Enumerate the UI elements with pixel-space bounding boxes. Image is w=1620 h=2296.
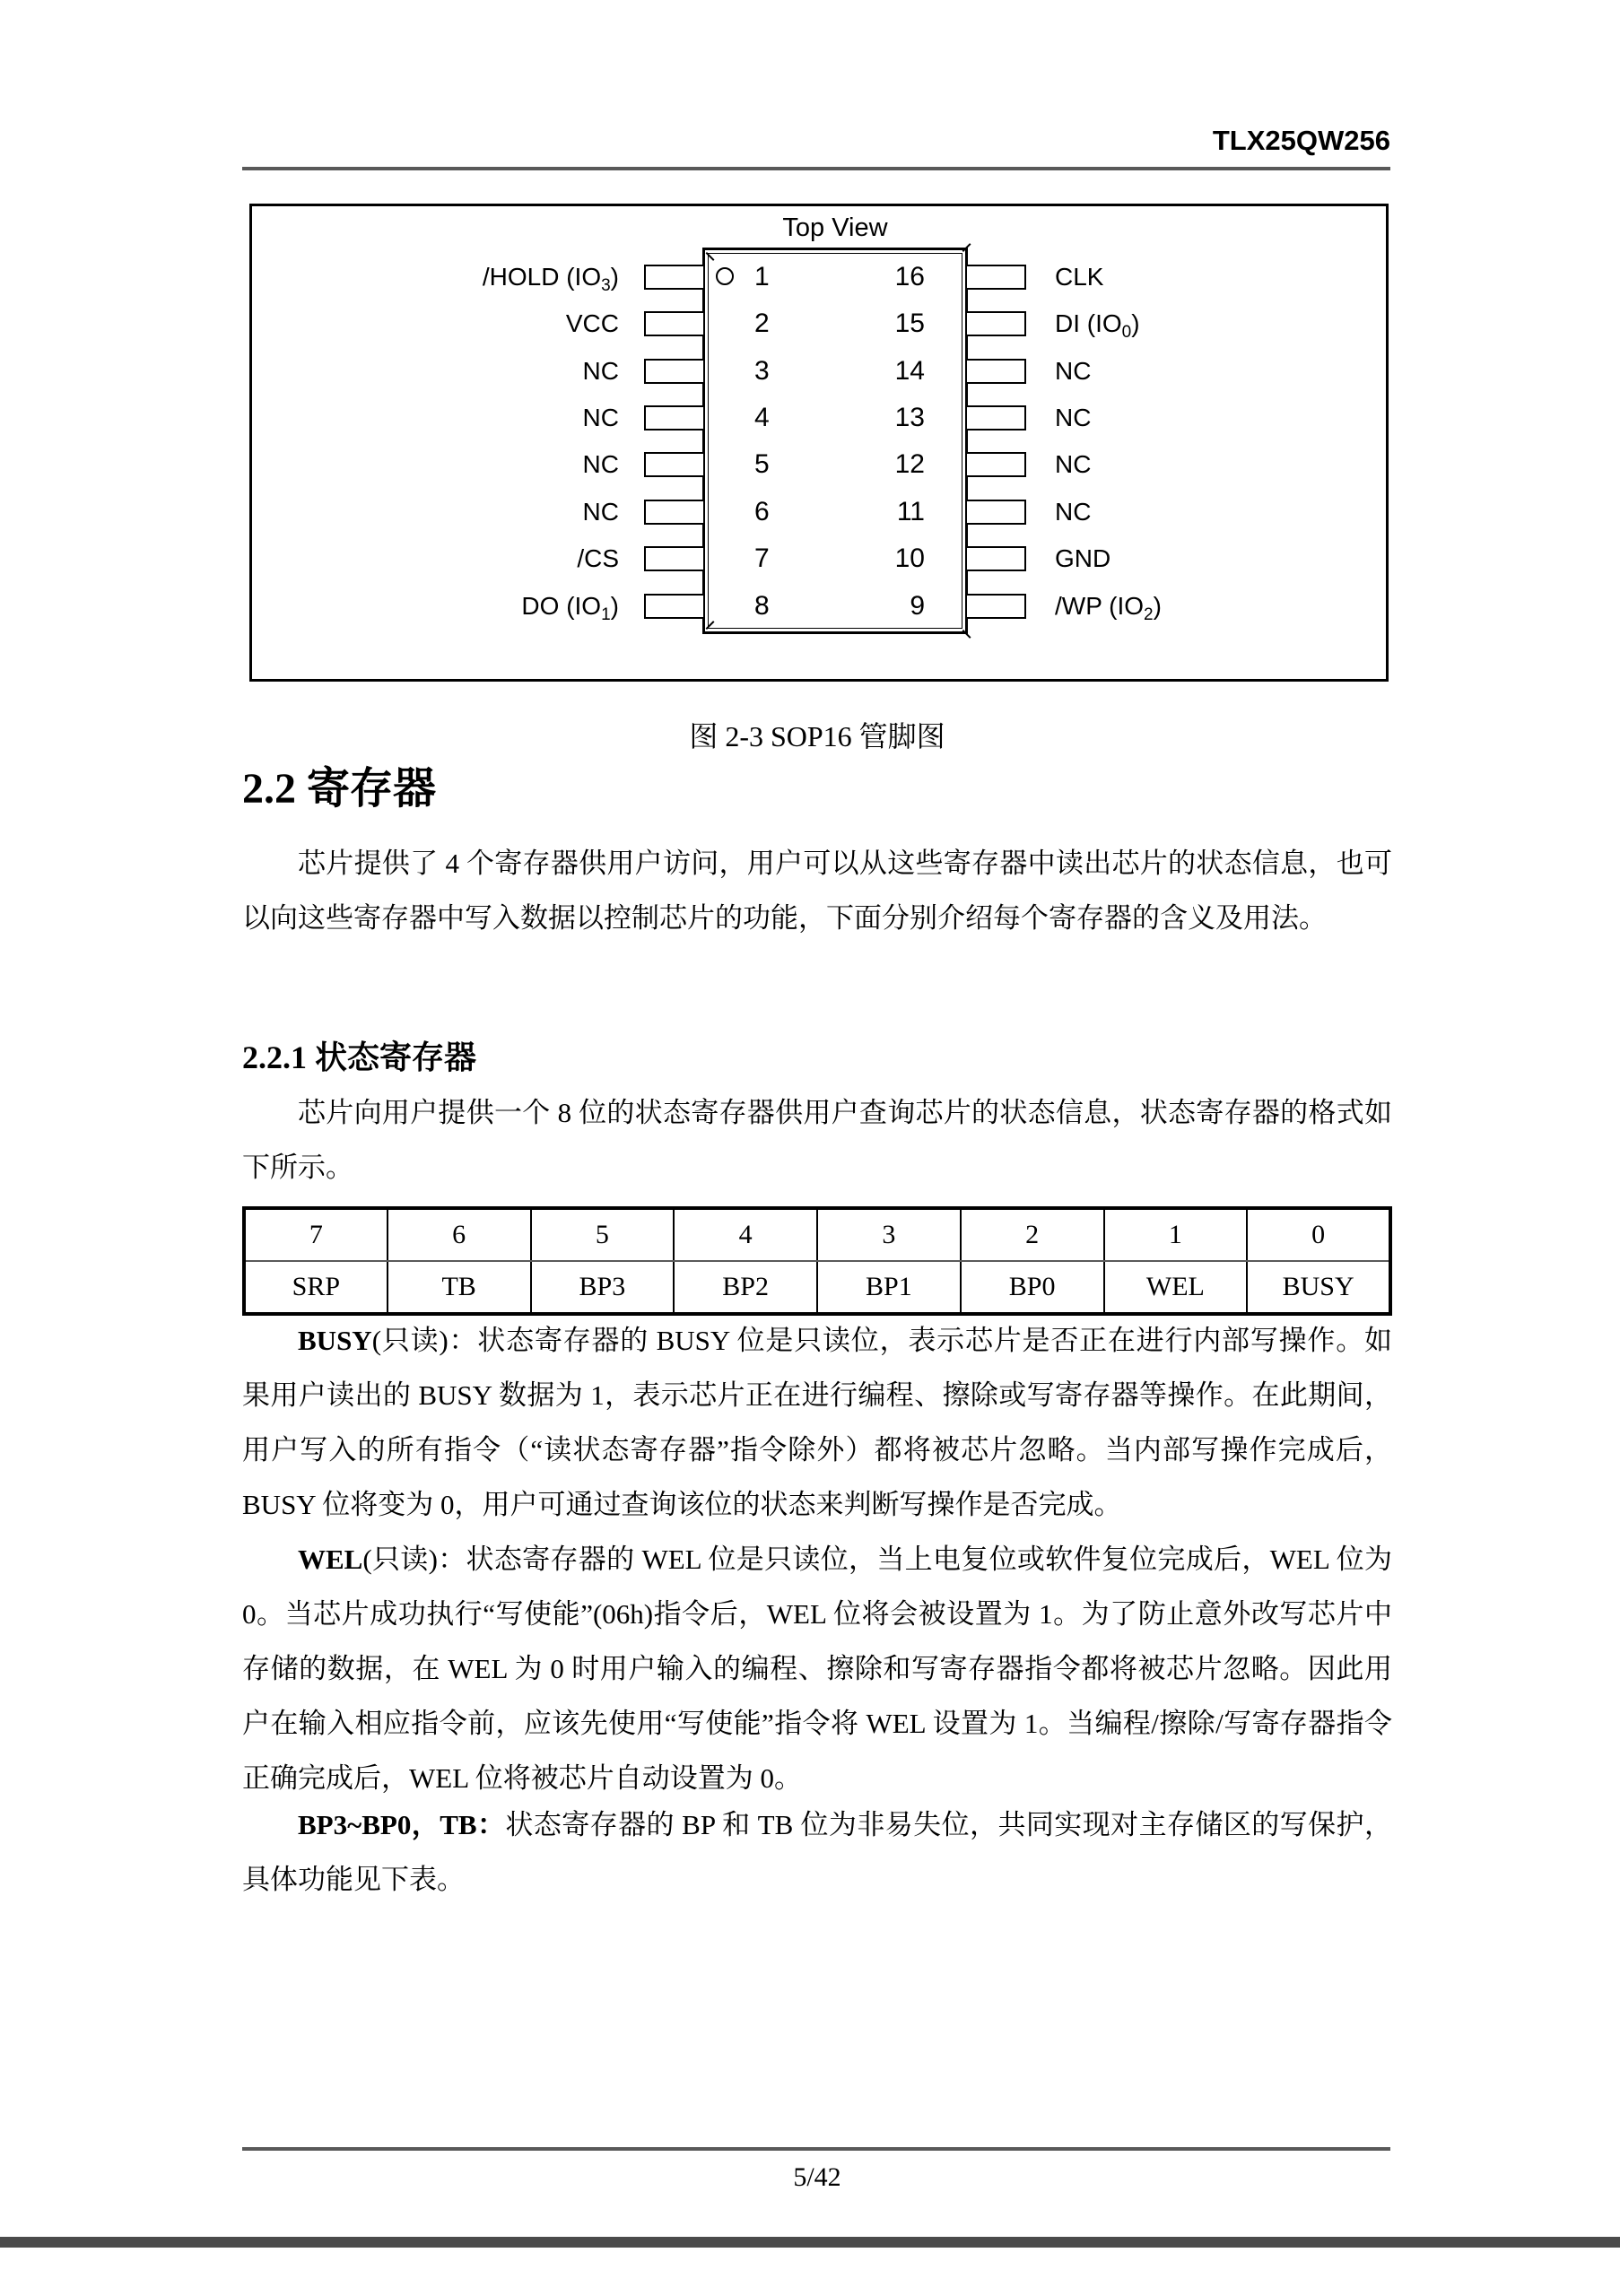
page-separator-bar [0,2237,1620,2248]
wel-description: (只读)：状态寄存器的 WEL 位是只读位，当上电复位或软件复位完成后，WEL … [242,1544,1392,1794]
busy-description: (只读)：状态寄存器的 BUSY 位是只读位，表示芯片是否正在进行内部写操作。如… [242,1325,1392,1520]
pin-label-text: /WP (IO [1055,592,1144,620]
bit-index-cell: 7 [244,1208,388,1261]
wel-paragraph: WEL(只读)：状态寄存器的 WEL 位是只读位，当上电复位或软件复位完成后，W… [242,1532,1392,1805]
status-register-paragraph: 芯片向用户提供一个 8 位的状态寄存器供用户查询芯片的状态信息，状态寄存器的格式… [242,1085,1392,1195]
pin-number: 8 [754,587,770,625]
pin-label-subscript: 2 [1144,605,1154,624]
bit-index-cell: 6 [388,1208,531,1261]
bit-name-cell: SRP [244,1261,388,1314]
datasheet-page: TLX25QW256 Top View /HOLD (IO3) 1 16 CLK… [0,0,1620,2296]
footer-rule [242,2147,1390,2151]
pin-label-subscript: 1 [601,605,611,624]
wel-term: WEL [298,1544,362,1575]
bp-tb-paragraph: BP3~BP0，TB：状态寄存器的 BP 和 TB 位为非易失位，共同实现对主存… [242,1797,1392,1907]
status-register-table: 7 6 5 4 3 2 1 0 SRP TB BP3 BP2 BP1 BP0 W… [242,1206,1392,1316]
pin-label-text: DO (IO [521,592,601,620]
bit-name-cell: BP0 [961,1261,1104,1314]
bit-name-cell: BP2 [674,1261,817,1314]
busy-paragraph: BUSY(只读)：状态寄存器的 BUSY 位是只读位，表示芯片是否正在进行内部写… [242,1313,1392,1532]
bit-name-cell: BP1 [817,1261,961,1314]
subsection-heading-2-2-1: 2.2.1 状态寄存器 [242,1037,1392,1078]
bit-index-row: 7 6 5 4 3 2 1 0 [244,1208,1390,1261]
header-rule [242,167,1390,170]
bit-index-cell: 0 [1247,1208,1390,1261]
page-title: TLX25QW256 [242,122,1390,160]
pin-number: 9 [835,587,925,625]
pinout-figure-box: Top View /HOLD (IO3) 1 16 CLK VCC 2 15 [249,204,1389,682]
pin-stub [965,594,1026,619]
registers-intro-paragraph: 芯片提供了 4 个寄存器供用户访问，用户可以从这些寄存器中读出芯片的状态信息，也… [242,836,1392,945]
page-number: 5/42 [242,2158,1392,2197]
bp-tb-term: BP3~BP0，TB： [298,1809,505,1840]
bit-index-cell: 2 [961,1208,1104,1261]
bit-name-cell: WEL [1104,1261,1248,1314]
pin-label-left: DO (IO1) [252,587,619,625]
pin-label-suffix: ) [611,592,619,620]
pin-label-suffix: ) [1154,592,1162,620]
bit-index-cell: 5 [531,1208,675,1261]
bit-name-cell: BP3 [531,1261,675,1314]
bit-name-cell: BUSY [1247,1261,1390,1314]
bit-index-cell: 1 [1104,1208,1248,1261]
section-heading-2-2: 2.2 寄存器 [242,764,1392,814]
busy-term: BUSY [298,1325,372,1356]
bit-index-cell: 3 [817,1208,961,1261]
pin-stub [644,594,705,619]
figure-caption: 图 2-3 SOP16 管脚图 [242,717,1392,755]
pin-label-right: /WP (IO2) [1055,587,1162,625]
pin-row: DO (IO1) 8 9 /WP (IO2) [252,206,1386,679]
bit-name-row: SRP TB BP3 BP2 BP1 BP0 WEL BUSY [244,1261,1390,1314]
bit-name-cell: TB [388,1261,531,1314]
bit-index-cell: 4 [674,1208,817,1261]
